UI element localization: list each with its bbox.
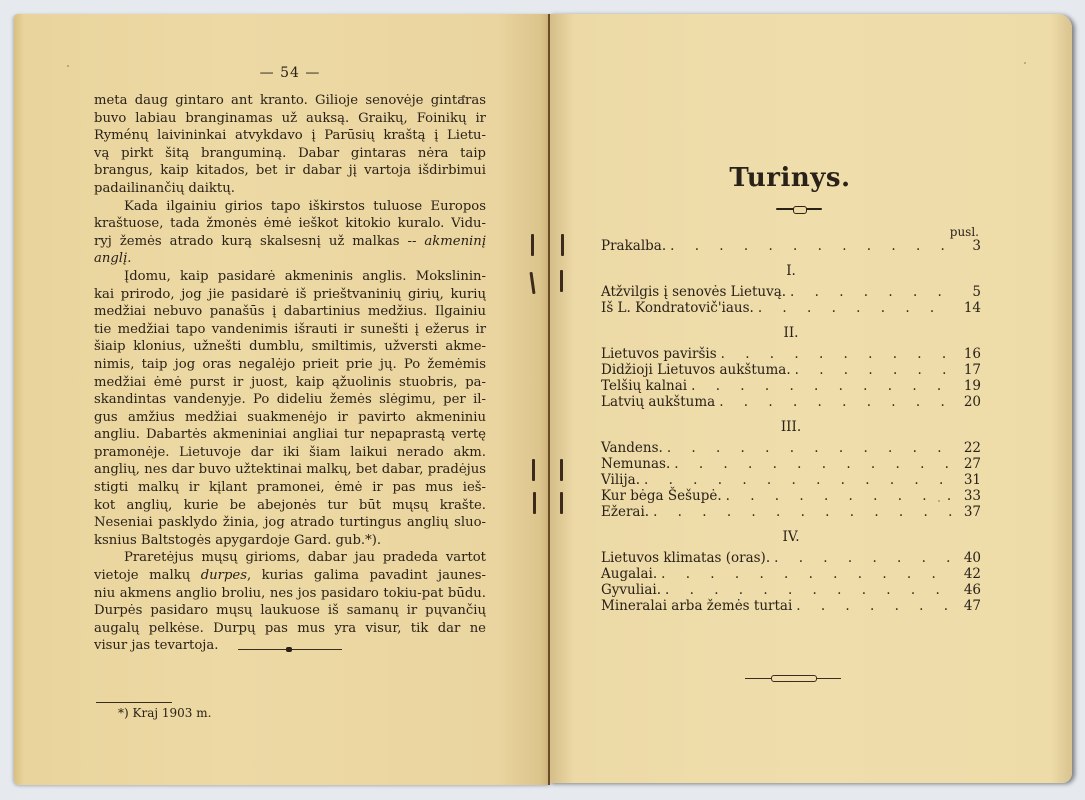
toc-entry: Atžvilgis į senovės Lietuvą.. . . . . . … (601, 284, 981, 300)
footnote: *) Kraj 1903 m. (118, 706, 211, 720)
text-line: padailinančių daiktų. (94, 180, 486, 198)
toc-entry-label: Kur bėga Šešupė. (601, 488, 722, 504)
toc-entry: Prakalba. . . . . . . . . . . . . . . . … (601, 238, 981, 254)
text-line: Praretėjus mųsų girioms, dabar jau prade… (94, 549, 486, 567)
toc-entry-label: Lietuvos klimatas (oras). (601, 550, 770, 566)
toc-entry-label: Vilija. (601, 472, 640, 488)
toc-entry: Kur bėga Šešupė.. . . . . . . . . . . . … (601, 488, 981, 504)
section-numeral: I. (601, 262, 981, 280)
toc-entry-page: 46 (957, 582, 981, 598)
section-numeral: IV. (601, 528, 981, 546)
text-line: ksnius Baltstogės apygardoje Gard. gub.*… (94, 532, 486, 550)
text-segment: , kurias galima pavadint jaunes- (247, 568, 486, 583)
text-line: Ryménų laivininkai atvykdavo į Parūsių k… (94, 127, 486, 145)
text-line: skandintas vandenyje. Po dideliu žemės s… (94, 391, 486, 409)
paragraph: Įdomu, kaip pasidarė akmeninis anglis. M… (94, 268, 486, 550)
paragraph: meta daug gintaro ant kranto. Gilioje se… (94, 92, 486, 198)
text-line: angliu. Dabartės akmeniniai angliai tur … (94, 426, 486, 444)
leader-dots: . . . . . . . . . . . . . . . . . . . . … (670, 238, 953, 254)
stitch-icon (533, 492, 536, 514)
text-line: ryj žemės atrado kurą skalsesnį už malka… (94, 233, 486, 251)
toc-entry-page: 14 (957, 300, 981, 316)
toc-entry-page: 42 (957, 566, 981, 582)
stitch-icon (561, 234, 564, 256)
paragraph: Praretėjus mųsų girioms, dabar jau prade… (94, 549, 486, 655)
text-segment: ryj žemės atrado kurą skalsesnį už malka… (94, 234, 424, 249)
leader-dots: . . . . . . . . . . . . . . . . . . . . … (667, 440, 953, 456)
left-page-body: meta daug gintaro ant kranto. Gilioje se… (94, 92, 486, 655)
leader-dots: . . . . . . . . . . . . . . . . . . . . … (719, 394, 953, 410)
text-line: Durpės pasidaro mųsų laukuose iš samanų … (94, 602, 486, 620)
text-line: šiaip klonius, užnešti dumblu, smiltimis… (94, 338, 486, 356)
page-column-label: pusl. (601, 226, 979, 238)
toc-entry-label: Telšių kalnai (601, 378, 687, 394)
stitch-icon (560, 270, 563, 292)
toc-entry: Latvių aukštuma. . . . . . . . . . . . .… (601, 394, 981, 410)
text-line: anglių, nes dar buvo užtektinai malkų, b… (94, 461, 486, 479)
toc-entry: Lietuvos paviršis. . . . . . . . . . . .… (601, 346, 981, 362)
toc-entry: Vandens.. . . . . . . . . . . . . . . . … (601, 440, 981, 456)
text-line: brangus, kaip kitados, bet ir dabar jį v… (94, 162, 486, 180)
leader-dots: . . . . . . . . . . . . . . . . . . . . … (665, 582, 953, 598)
italic-term: anglį. (94, 250, 486, 268)
leader-dots: . . . . . . . . . . . . . . . . . . . . … (674, 456, 953, 472)
toc-entry-page: 40 (957, 550, 981, 566)
toc-entry-label: Lietuvos paviršis (601, 346, 717, 362)
text-line: Kada ilgainiu girios tapo iškirstos tulu… (94, 198, 486, 216)
toc-entry-label: Mineralai arba žemės turtai (601, 598, 792, 614)
toc-entry: Iš L. Kondratovič'iaus.. . . . . . . . .… (601, 300, 981, 316)
section-numeral: III. (601, 418, 981, 436)
italic-term: durpes (201, 568, 247, 583)
leader-dots: . . . . . . . . . . . . . . . . . . . . … (796, 598, 953, 614)
leader-dots: . . . . . . . . . . . . . . . . . . . . … (790, 284, 953, 300)
text-line: kai prirodo, jog jie pasidarė iš prieštv… (94, 286, 486, 304)
text-line: augalų pelkėse. Durpų pas mus yra visur,… (94, 620, 486, 638)
text-line: vietoje malkų durpes, kurias galima pava… (94, 567, 486, 585)
text-line: buvo labiau branginamas už auksą. Graikų… (94, 110, 486, 128)
leader-dots: . . . . . . . . . . . . . . . . . . . . … (758, 300, 953, 316)
section-divider-ornament (238, 649, 342, 650)
toc-entry-page: 16 (957, 346, 981, 362)
text-line: Neseniai pasklydo žinia, jog atrado turt… (94, 514, 486, 532)
toc-entry-page: 47 (957, 598, 981, 614)
text-line: gus amžius medžiai suakmenėjo ir pavirto… (94, 409, 486, 427)
text-segment: vietoje malkų (94, 568, 201, 583)
text-line: stigti malkų ir kįlant pramonei, ėmė ir … (94, 479, 486, 497)
paragraph: Kada ilgainiu girios tapo iškirstos tulu… (94, 198, 486, 268)
toc-entry-label: Vandens. (601, 440, 663, 456)
page-number: — 54 — (240, 65, 340, 81)
toc-entry-label: Atžvilgis į senovės Lietuvą. (601, 284, 786, 300)
text-line: meta daug gintaro ant kranto. Gilioje se… (94, 92, 486, 110)
leader-dots: . . . . . . . . . . . . . . . . . . . . … (774, 550, 953, 566)
toc-entry-label: Didžioji Lietuvos aukštuma. (601, 362, 791, 378)
toc-entry-page: 5 (957, 284, 981, 300)
toc-entry-page: 37 (957, 504, 981, 520)
toc-entry-label: Gyvuliai. (601, 582, 661, 598)
text-line: tie medžiai tapo vandenimis išrauti ir s… (94, 321, 486, 339)
toc-entry-label: Latvių aukštuma (601, 394, 715, 410)
toc-entry: Didžioji Lietuvos aukštuma.. . . . . . .… (601, 362, 981, 378)
toc-entry-label: Augalai. (601, 566, 657, 582)
leader-dots: . . . . . . . . . . . . . . . . . . . . … (795, 362, 953, 378)
text-line: kot anglių, kurie be abejonės tur būt mų… (94, 497, 486, 515)
toc-entry-page: 27 (957, 456, 981, 472)
toc-entry: Telšių kalnai. . . . . . . . . . . . . .… (601, 378, 981, 394)
leader-dots: . . . . . . . . . . . . . . . . . . . . … (691, 378, 953, 394)
text-line: kraštuose, tada žmonės ėmė ieškot kitoki… (94, 215, 486, 233)
section-numeral: II. (601, 324, 981, 342)
book-spine (548, 14, 550, 785)
footnote-rule (96, 702, 172, 703)
title-ornament (776, 208, 822, 210)
leader-dots: . . . . . . . . . . . . . . . . . . . . … (726, 488, 953, 504)
toc-entry-page: 17 (957, 362, 981, 378)
toc-entry-label: Prakalba. (601, 238, 666, 254)
text-line: niu akmens anglio broliu, nes jos pasida… (94, 585, 486, 603)
leader-dots: . . . . . . . . . . . . . . . . . . . . … (653, 504, 953, 520)
toc-entry-page: 3 (957, 238, 981, 254)
toc-entry-label: Iš L. Kondratovič'iaus. (601, 300, 754, 316)
toc-entry-label: Ežerai. (601, 504, 649, 520)
text-line: vą pirkt šitą branguminą. Dabar gintaras… (94, 145, 486, 163)
toc-entry: Vilija.. . . . . . . . . . . . . . . . .… (601, 472, 981, 488)
toc-entry: Gyvuliai.. . . . . . . . . . . . . . . .… (601, 582, 981, 598)
stitch-icon (560, 492, 563, 514)
toc-entry: Mineralai arba žemės turtai. . . . . . .… (601, 598, 981, 614)
end-ornament (745, 678, 841, 679)
italic-term: akmeninį (424, 234, 486, 249)
toc-entry: Lietuvos klimatas (oras).. . . . . . . .… (601, 550, 981, 566)
text-line: Įdomu, kaip pasidarė akmeninis anglis. M… (94, 268, 486, 286)
paper-speck (67, 65, 69, 67)
toc-entry-page: 22 (957, 440, 981, 456)
leader-dots: . . . . . . . . . . . . . . . . . . . . … (721, 346, 953, 362)
stitch-icon (560, 459, 563, 481)
toc-title: Turinys. (640, 163, 940, 193)
toc-entry-page: 19 (957, 378, 981, 394)
stitch-icon (531, 234, 534, 256)
toc-entry-page: 31 (957, 472, 981, 488)
toc-entry-page: 20 (957, 394, 981, 410)
leader-dots: . . . . . . . . . . . . . . . . . . . . … (644, 472, 953, 488)
text-line: pramonėje. Lietuvoje dar iki šiam laikui… (94, 444, 486, 462)
toc-entry: Ežerai.. . . . . . . . . . . . . . . . .… (601, 504, 981, 520)
text-line: medžiai ėmė purst ir juost, kaip ąžuolin… (94, 374, 486, 392)
table-of-contents: pusl. Prakalba. . . . . . . . . . . . . … (601, 226, 981, 614)
toc-entry: Nemunas.. . . . . . . . . . . . . . . . … (601, 456, 981, 472)
leader-dots: . . . . . . . . . . . . . . . . . . . . … (661, 566, 953, 582)
toc-entry-page: 33 (957, 488, 981, 504)
toc-entry-label: Nemunas. (601, 456, 670, 472)
text-line: nimis, taip jog oras negalėjo prieit pri… (94, 356, 486, 374)
text-line: medžiai nebuvo panašūs į dabartinius med… (94, 303, 486, 321)
stitch-icon (532, 459, 535, 481)
toc-entry: Augalai.. . . . . . . . . . . . . . . . … (601, 566, 981, 582)
paper-speck (1024, 62, 1026, 64)
